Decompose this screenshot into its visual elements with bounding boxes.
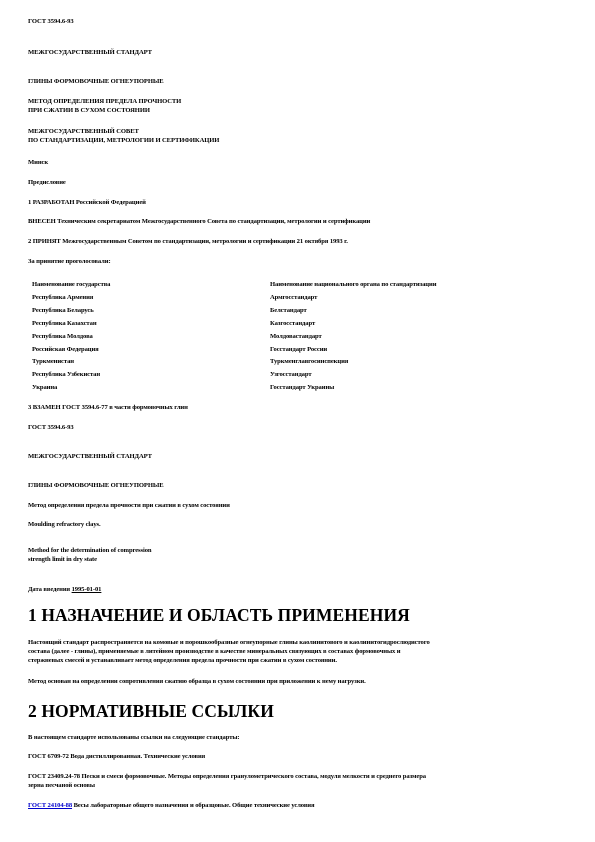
effective-date-label: Дата введения [28,586,70,593]
city: Минск [28,158,48,167]
standard-code-2: ГОСТ 3594.6-93 [28,423,74,432]
table-cell: Белстандарт [270,306,307,315]
title-en: Moulding refractory clays. [28,520,101,529]
council-line-1: МЕЖГОСУДАРСТВЕННЫЙ СОВЕТ [28,127,139,136]
table-cell: Туркменглавгосинспекция [270,357,348,366]
table-cell: Госстандарт России [270,345,327,354]
table-cell: Республика Армения [32,293,93,302]
section-2-heading: 2 НОРМАТИВНЫЕ ССЫЛКИ [28,701,274,721]
reference-2-line-1: ГОСТ 23409.24-78 Пески и смеси формовочн… [28,772,426,781]
method-en-line-2: strength limit in dry state [28,555,97,564]
table-cell: Армгосстандарт [270,293,317,302]
section-2-intro: В настоящем стандарте использованы ссылк… [28,733,240,742]
voted-label: За принятие проголосовали: [28,257,111,266]
reference-2-line-2: зерна песчаной основы [28,781,95,790]
title-ru: ГЛИНЫ ФОРМОВОЧНЫЕ ОГНЕУПОРНЫЕ [28,77,164,86]
reference-3-text: Весы лабораторные общего назначения и об… [72,802,314,809]
replaces: 3 ВЗАМЕН ГОСТ 3594.6-77 в части формовоч… [28,403,188,412]
table-cell: Туркменистан [32,357,74,366]
table-cell: Республика Казахстан [32,319,97,328]
table-cell: Украина [32,383,57,392]
introduced-by: ВНЕСЕН Техническим секретариатом Межгосу… [28,217,370,226]
section-1-para-1-line-3: стержневых смесей и устанавливает метод … [28,656,337,665]
foreword-heading: Предисловие [28,178,66,187]
section-1-heading: 1 НАЗНАЧЕНИЕ И ОБЛАСТЬ ПРИМЕНЕНИЯ [28,605,410,625]
developed-by: 1 РАЗРАБОТАН Российской Федерацией [28,198,146,207]
method-ru: Метод определения предела прочности при … [28,501,230,510]
title-ru-2: ГЛИНЫ ФОРМОВОЧНЫЕ ОГНЕУПОРНЫЕ [28,481,164,490]
standard-type-2: МЕЖГОСУДАРСТВЕННЫЙ СТАНДАРТ [28,452,152,461]
document-page: ГОСТ 3594.6-93 МЕЖГОСУДАРСТВЕННЫЙ СТАНДА… [0,0,595,842]
section-1-para-2: Метод основан на определении сопротивлен… [28,677,366,686]
effective-date: Дата введения 1995-01-01 [28,585,101,594]
table-cell: Молдовастандарт [270,332,322,341]
table-cell: Казгосстандарт [270,319,315,328]
section-1-para-1-line-2: состава (далее - глины), применяемые в л… [28,647,400,656]
table-cell: Российская Федерация [32,345,99,354]
method-en-line-1: Method for the determination of compress… [28,546,151,555]
adopted-by: 2 ПРИНЯТ Межгосударственным Советом по с… [28,237,348,246]
section-1-para-1-line-1: Настоящий стандарт распространяется на к… [28,638,430,647]
table-cell: Республика Беларусь [32,306,94,315]
standard-code: ГОСТ 3594.6-93 [28,17,74,26]
method-line-1: МЕТОД ОПРЕДЕЛЕНИЯ ПРЕДЕЛА ПРОЧНОСТИ [28,97,181,106]
effective-date-value[interactable]: 1995-01-01 [72,586,102,593]
reference-3: ГОСТ 24104-88 Весы лабораторные общего н… [28,801,314,810]
table-cell: Госстандарт Украины [270,383,334,392]
table-cell: Узгосстандарт [270,370,312,379]
table-cell: Республика Молдова [32,332,93,341]
method-line-2: ПРИ СЖАТИИ В СУХОМ СОСТОЯНИИ [28,106,150,115]
table-cell: Республика Узбекистан [32,370,100,379]
council-line-2: ПО СТАНДАРТИЗАЦИИ, МЕТРОЛОГИИ И СЕРТИФИК… [28,136,219,145]
standard-type: МЕЖГОСУДАРСТВЕННЫЙ СТАНДАРТ [28,48,152,57]
reference-3-link[interactable]: ГОСТ 24104-88 [28,802,72,809]
table-header-state: Наименование государства [32,280,110,289]
reference-1: ГОСТ 6709-72 Вода дистиллированная. Техн… [28,752,205,761]
table-header-body: Наименование национального органа по ста… [270,280,436,289]
